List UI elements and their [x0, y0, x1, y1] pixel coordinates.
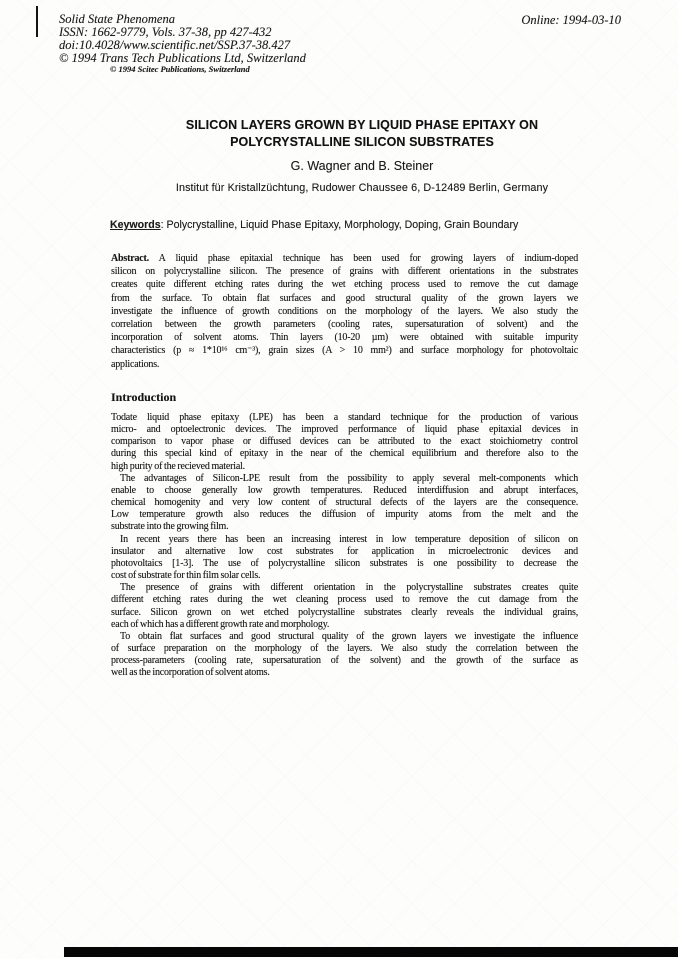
affiliation-line: Institut für Kristallzüchtung, Rudower C… — [146, 182, 578, 194]
abstract-label: Abstract. — [111, 253, 149, 264]
text-line: In recent years there has been an increa… — [111, 534, 578, 546]
text-line: insulator and alternative low cost subst… — [111, 546, 578, 558]
text-line: correlation between the growth parameter… — [111, 318, 578, 331]
keywords-list: : Polycrystalline, Liquid Phase Epitaxy,… — [161, 219, 519, 231]
keywords-label: Keywords — [110, 219, 161, 231]
section-heading-introduction: Introduction — [111, 390, 176, 405]
text-line: substrate into the growing film. — [111, 521, 578, 533]
paper-title-line-1: SILICON LAYERS GROWN BY LIQUID PHASE EPI… — [146, 117, 578, 134]
text-line-content: A liquid phase epitaxial technique has b… — [149, 253, 578, 264]
text-line: surface. Silicon grown on wet etched pol… — [111, 607, 578, 619]
text-line: creates quite different etching rates du… — [111, 278, 578, 291]
text-line: applications. — [111, 358, 578, 371]
text-line: incorporation of solvent atoms. Thin lay… — [111, 331, 578, 344]
text-line: To obtain flat surfaces and good structu… — [111, 631, 578, 643]
text-line: of surface preparation on the morphology… — [111, 643, 578, 655]
text-line: characteristics (p ≈ 1*10¹⁶ cm⁻³), grain… — [111, 344, 578, 357]
text-line: well as the incorporation of solvent ato… — [111, 667, 578, 679]
text-line: photovoltaics [1-3]. The use of polycrys… — [111, 558, 578, 570]
text-line: silicon on polycrystalline silicon. The … — [111, 265, 578, 278]
online-date: Online: 1994-03-10 — [521, 13, 621, 28]
scan-artifact-bottom-bar — [64, 947, 678, 957]
text-line: The presence of grains with different or… — [111, 582, 578, 594]
text-line: investigate the influence of growth cond… — [111, 305, 578, 318]
text-line: from the surface. To obtain flat surface… — [111, 292, 578, 305]
paper-title-line-2: POLYCRYSTALLINE SILICON SUBSTRATES — [146, 134, 578, 151]
text-line: Abstract. A liquid phase epitaxial techn… — [111, 252, 578, 265]
text-line: comparison to vapor phase or diffused de… — [111, 436, 578, 448]
text-line: during this special kind of epitaxy in t… — [111, 448, 578, 460]
text-line: high purity of the recieved material. — [111, 461, 578, 473]
text-line: cost of substrate for thin film solar ce… — [111, 570, 578, 582]
abstract-paragraph: Abstract. A liquid phase epitaxial techn… — [111, 252, 578, 371]
copyright-small-line: © 1994 Scitec Publications, Switzerland — [110, 64, 250, 74]
text-line: each of which has a different growth rat… — [111, 619, 578, 631]
paper-title: SILICON LAYERS GROWN BY LIQUID PHASE EPI… — [146, 117, 578, 151]
text-line: chemical homogenity and very low content… — [111, 497, 578, 509]
keywords-line: Keywords: Polycrystalline, Liquid Phase … — [110, 219, 578, 231]
text-line: different etching rates during the wet c… — [111, 594, 578, 606]
authors-line: G. Wagner and B. Steiner — [146, 159, 578, 173]
text-line: process-parameters (cooling rate, supers… — [111, 655, 578, 667]
introduction-text: Todate liquid phase epitaxy (LPE) has be… — [111, 412, 578, 679]
text-line: enable to choose generally low growth te… — [111, 485, 578, 497]
journal-page: Solid State Phenomena ISSN: 1662-9779, V… — [0, 0, 678, 959]
scan-artifact-left-mark — [36, 6, 38, 37]
text-line: micro- and optoelectronic devices. The i… — [111, 424, 578, 436]
text-line: Low temperature growth also reduces the … — [111, 509, 578, 521]
text-line: Todate liquid phase epitaxy (LPE) has be… — [111, 412, 578, 424]
text-line: The advantages of Silicon-LPE result fro… — [111, 473, 578, 485]
journal-header: Solid State Phenomena ISSN: 1662-9779, V… — [59, 13, 306, 65]
